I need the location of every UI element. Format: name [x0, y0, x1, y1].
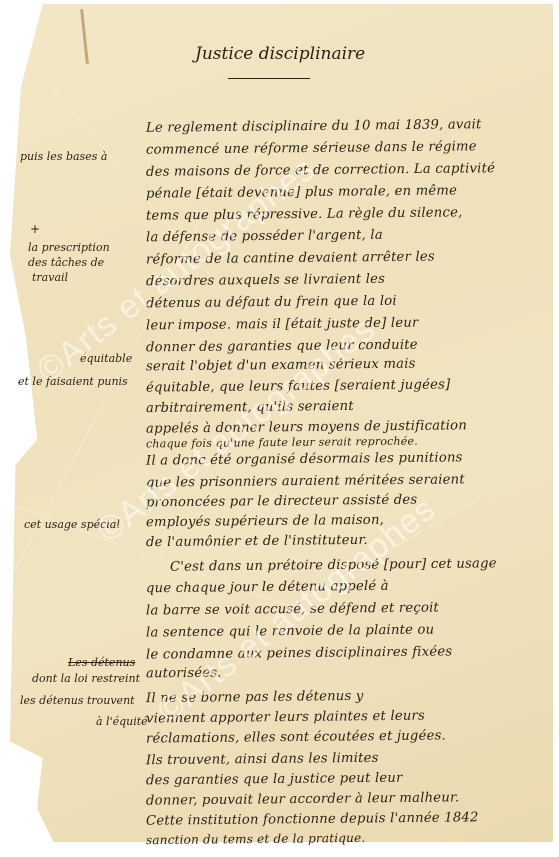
- title-underline: [228, 78, 310, 79]
- text-line: prononcées par le directeur assisté des: [146, 493, 417, 511]
- margin-note: à l'équité: [96, 715, 148, 728]
- margin-note: Les détenus: [68, 656, 135, 669]
- insertion-mark: +: [30, 222, 40, 236]
- text-line: leur impose. mais il [était juste de] le…: [146, 316, 419, 334]
- ink-stain: [80, 9, 89, 64]
- margin-note: la prescription: [28, 241, 110, 254]
- text-line: réclamations, elles sont écoutées et jug…: [146, 728, 446, 746]
- text-line: Ils trouvent, ainsi dans les limites: [146, 751, 379, 768]
- margin-note: dont la loi restreint: [32, 672, 140, 685]
- margin-note: des tâches de: [28, 256, 104, 269]
- text-line: de l'aumônier et de l'instituteur.: [146, 533, 368, 550]
- margin-note: travail: [32, 271, 68, 284]
- document-title: Justice disciplinaire: [195, 44, 365, 64]
- margin-note: les détenus trouvent: [20, 694, 135, 707]
- margin-note: puis les bases à: [20, 150, 107, 163]
- text-line: le condamne aux peines disciplinaires fi…: [146, 644, 452, 662]
- margin-note: et le faisaient punis: [18, 375, 128, 388]
- text-line: employés supérieurs de la maison,: [146, 513, 384, 530]
- text-line: sanction du tems et de la pratique.: [146, 831, 366, 847]
- text-line: des garanties que la justice peut leur: [146, 771, 403, 789]
